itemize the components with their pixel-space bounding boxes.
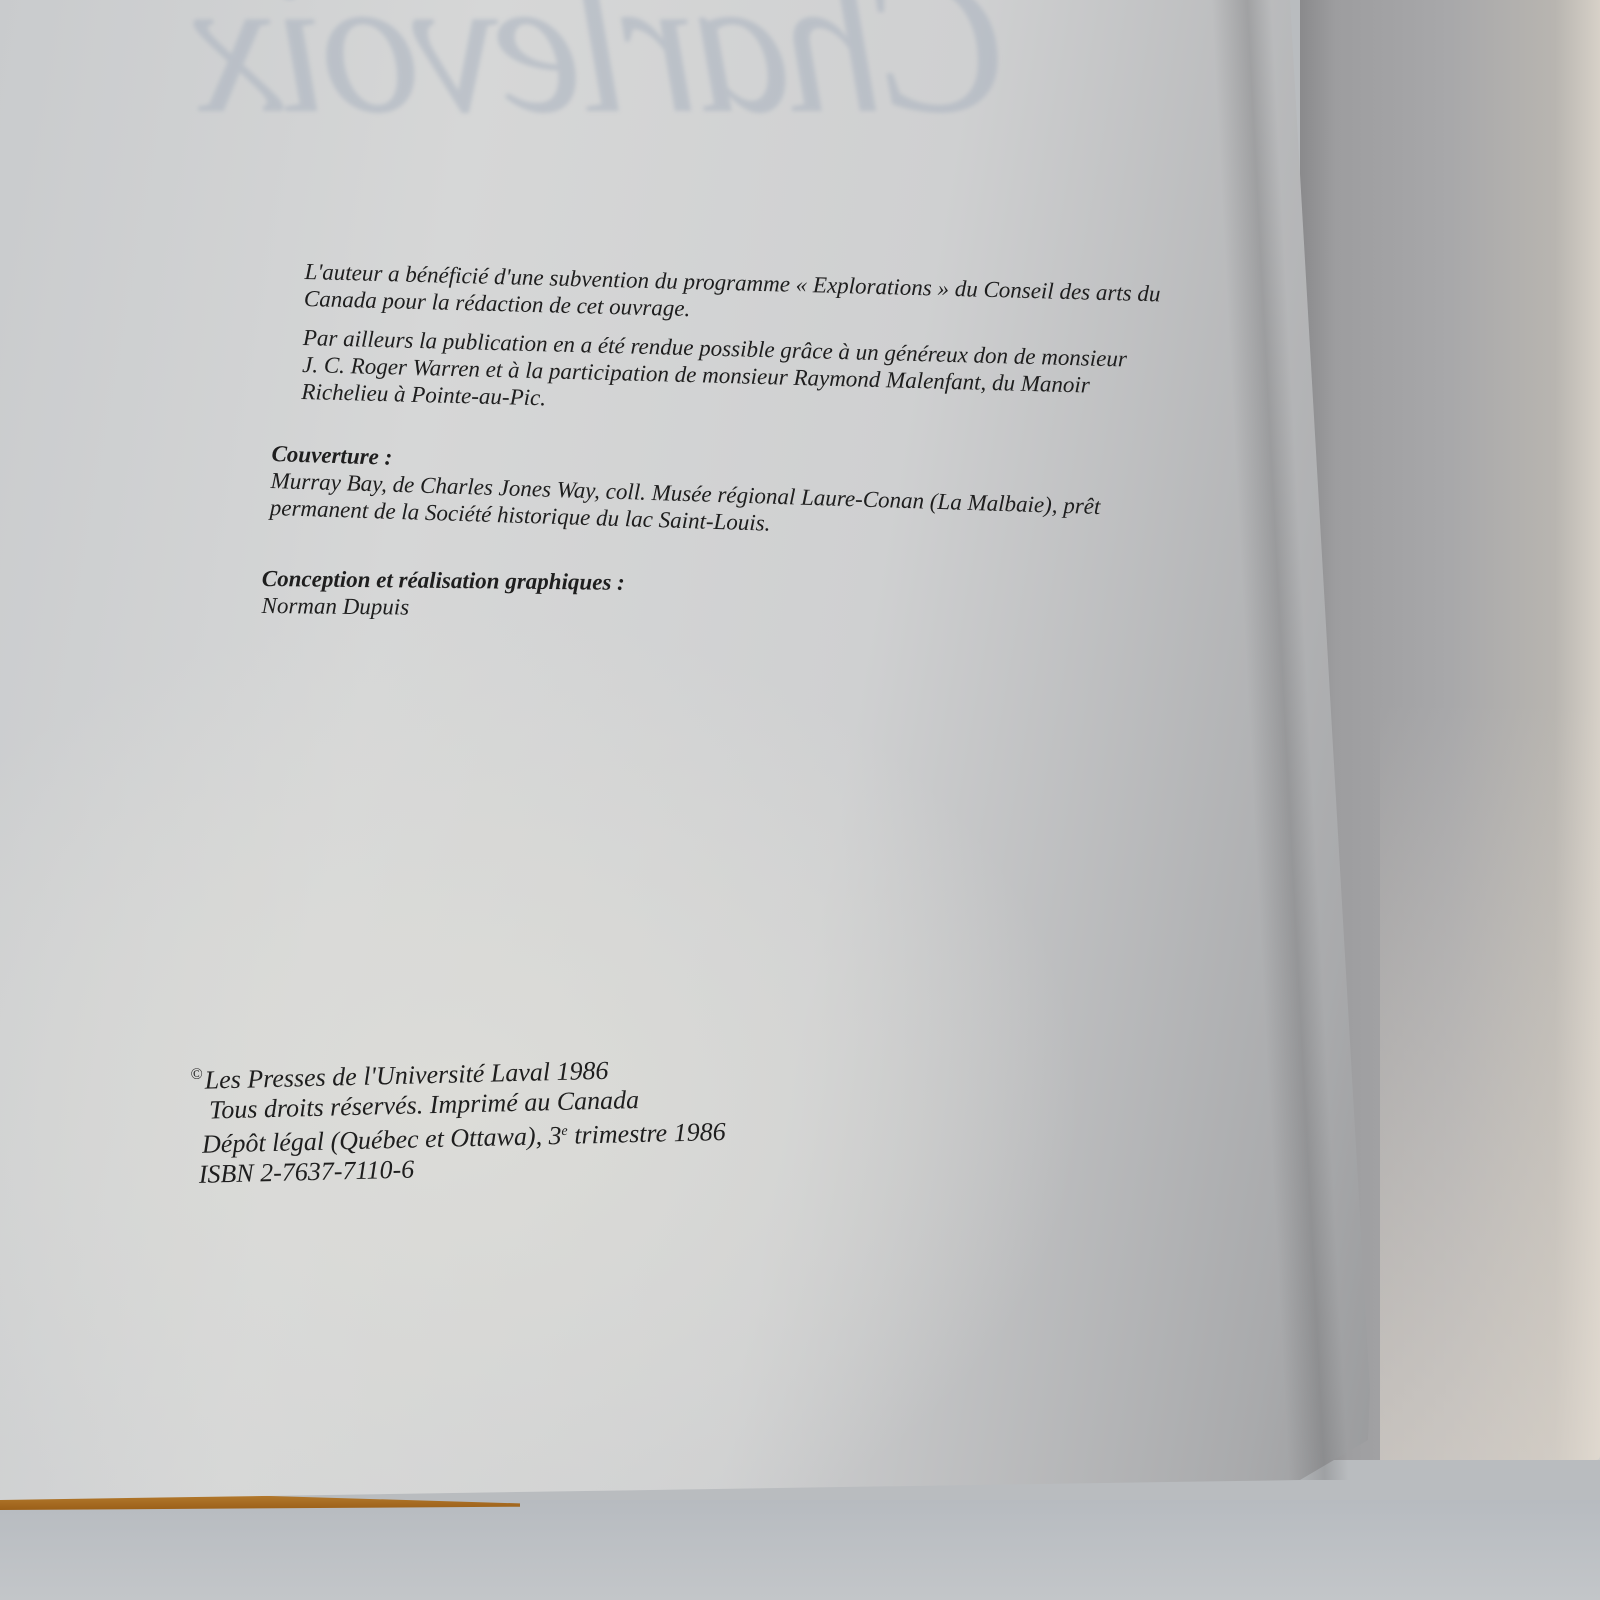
design-credit-name: Norman Dupuis	[261, 592, 624, 623]
showthrough-title: Charlevoix	[200, 0, 1009, 159]
design-credit-heading: Conception et réalisation graphiques :	[262, 565, 625, 596]
table-surface	[0, 1500, 1600, 1600]
copyright-notice: ©Les Presses de l'Université Laval 1986 …	[190, 1047, 727, 1190]
copyright-symbol-icon: ©	[190, 1066, 203, 1083]
deposit-suffix: trimestre 1986	[567, 1117, 726, 1150]
design-credit: Conception et réalisation graphiques : N…	[261, 565, 624, 623]
grant-notice: L'auteur a bénéficié d'une subvention du…	[301, 258, 1161, 427]
facing-page-lower-highlight	[1380, 700, 1600, 1460]
cover-credit: Couverture : Murray Bay, de Charles Jone…	[269, 440, 1101, 547]
book-page: Charlevoix L'auteur a bénéficié d'une su…	[0, 0, 1370, 1500]
